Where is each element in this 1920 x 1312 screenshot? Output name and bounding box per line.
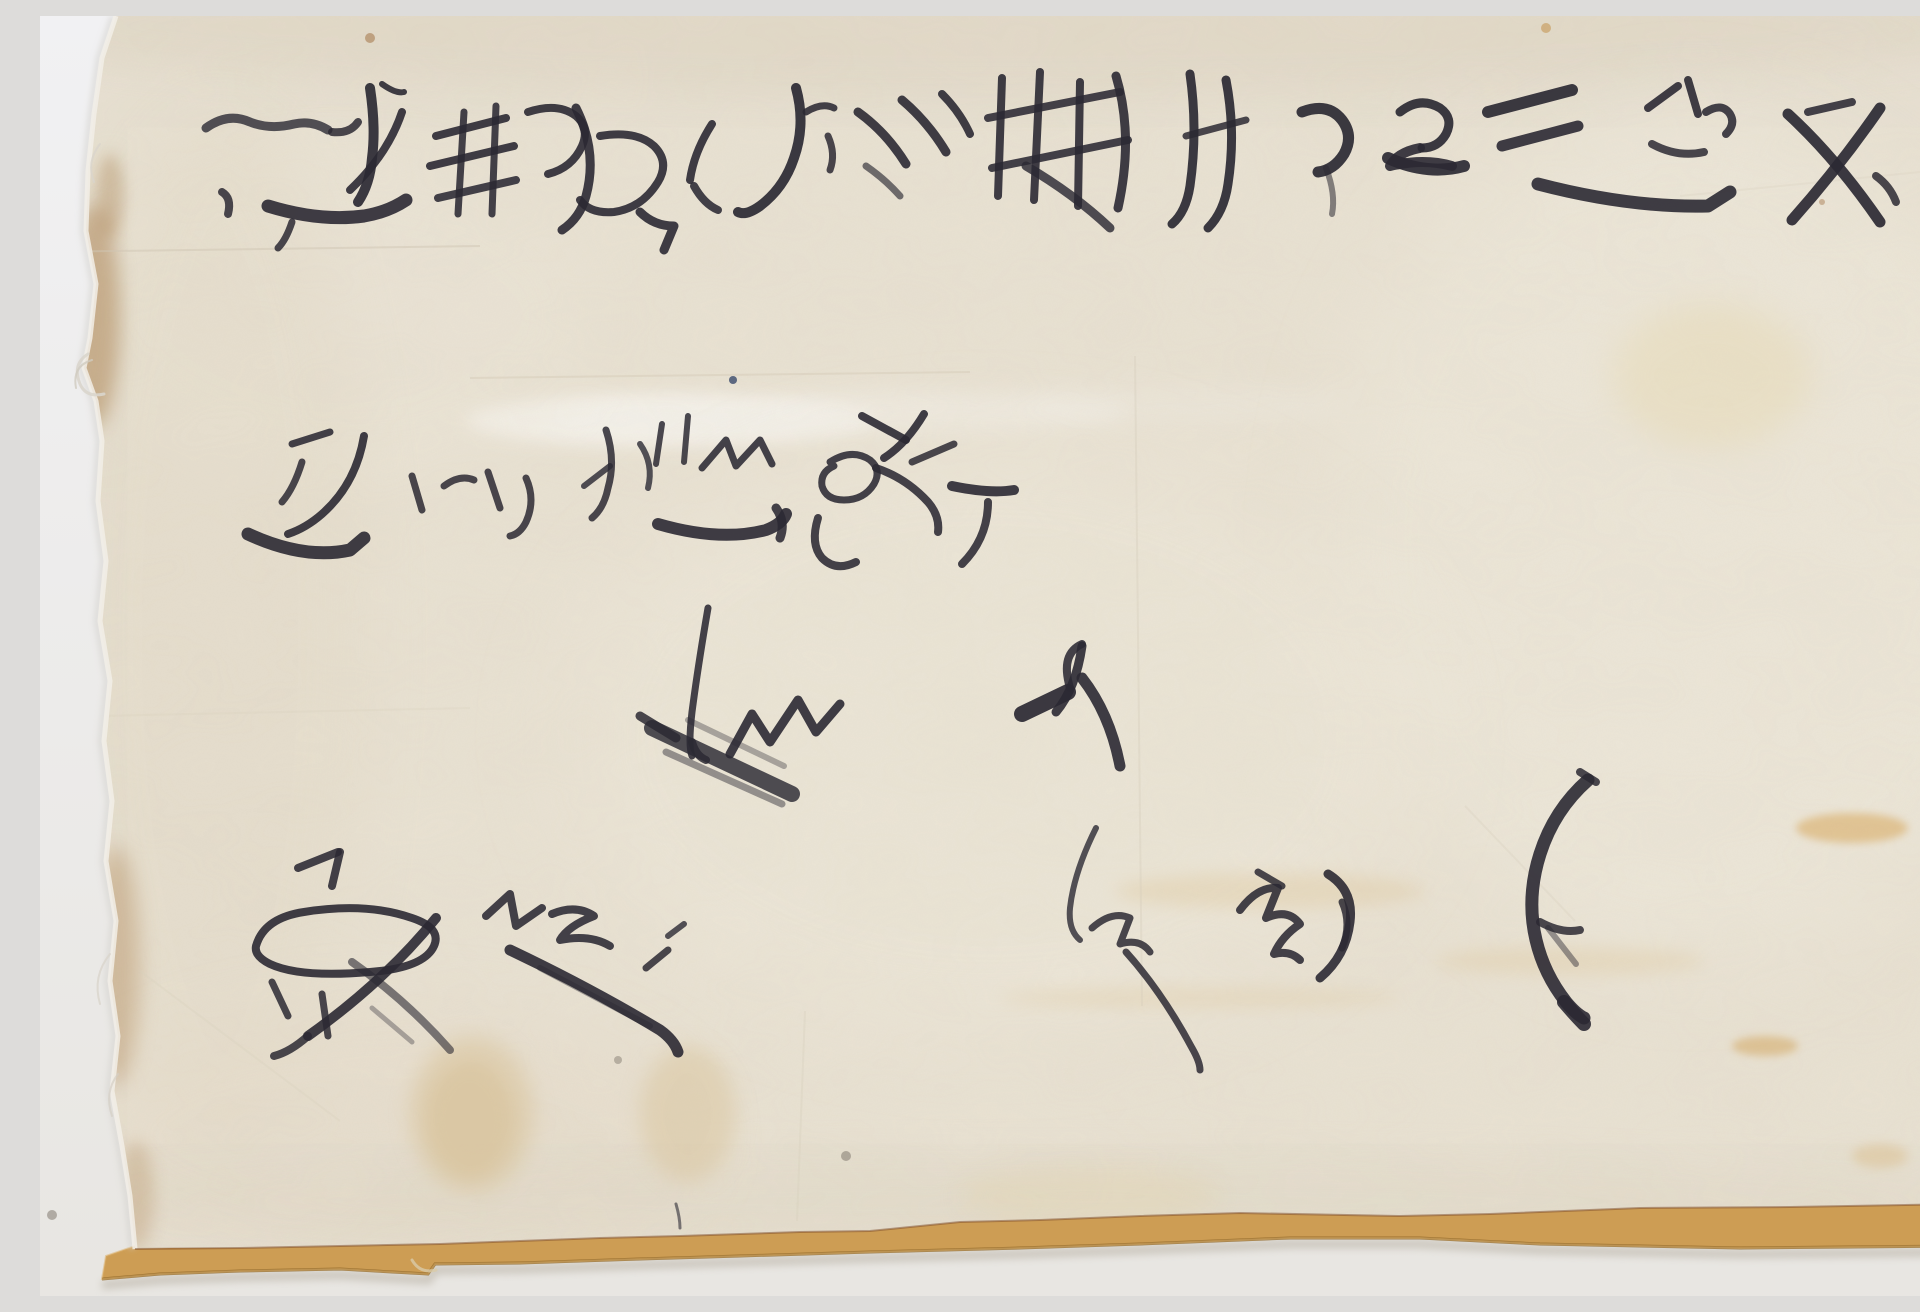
faint-band-3	[1000, 988, 1400, 1008]
manuscript-photo: Photograph of an aged handwritten manusc…	[40, 16, 1920, 1296]
brush-stroke-7	[952, 486, 1014, 491]
round-stain-right	[640, 1046, 736, 1182]
brush-stroke-5	[492, 106, 496, 214]
yellow-patch-top-right	[1612, 304, 1812, 448]
brush-stroke-2	[684, 416, 688, 462]
edge-brown-upper-left-2	[96, 154, 124, 238]
tan-dash-lower-right	[1732, 1036, 1798, 1056]
faint-dash-4	[1852, 1144, 1908, 1168]
brown-speck-top	[365, 33, 375, 43]
photo-canvas	[40, 16, 1920, 1296]
brown-speck-mid-right	[1819, 199, 1825, 205]
backdrop-speck	[47, 1210, 57, 1220]
brush-stroke-1	[998, 78, 1002, 196]
blue-ink-dot	[729, 376, 737, 384]
orange-smudge-right	[1796, 813, 1908, 843]
grey-dot-2	[614, 1056, 622, 1064]
round-stain-left-core	[426, 1062, 514, 1178]
orange-speck-top-right	[1541, 23, 1551, 33]
grey-dot-1	[841, 1151, 851, 1161]
